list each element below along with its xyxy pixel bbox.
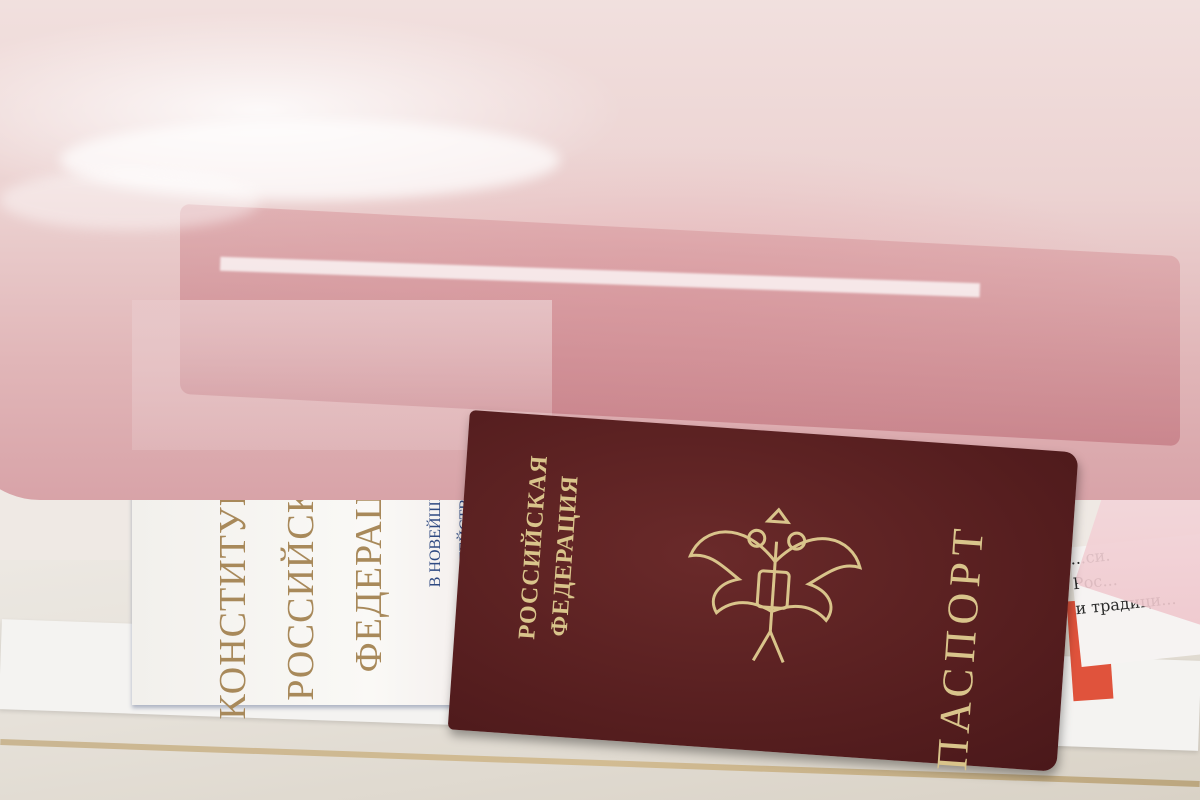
passport-title: ПАСПОРТ bbox=[926, 521, 994, 772]
coat-of-arms-icon bbox=[673, 495, 874, 678]
photo-scene: ...си. Рос... и традици... КОНСТИТУЦИЯ Р… bbox=[0, 0, 1200, 800]
plastic-glare bbox=[0, 170, 260, 230]
passport-country-line-2: ФЕДЕРАЦИЯ bbox=[546, 474, 585, 637]
passport-content: РОССИЙСКАЯ ФЕДЕРАЦИЯ ПАСПОРТ bbox=[448, 410, 1079, 772]
